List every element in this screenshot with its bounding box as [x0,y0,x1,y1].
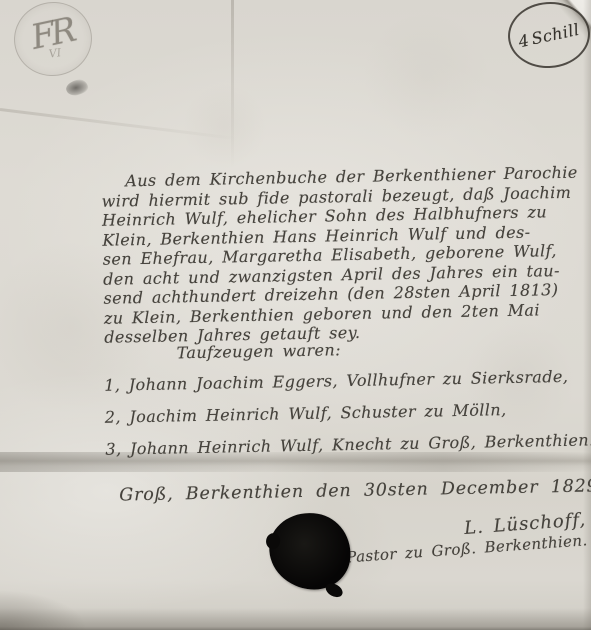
witness-heading: Taufzeugen waren: [176,340,341,362]
document-scan: FR VI 4 Schill Aus dem Kirchenbuche der … [0,0,591,630]
witness-line: 2, Joachim Heinrich Wulf, Schuster zu Mö… [105,400,507,427]
dateline: Groß, Berkenthien den 30sten December 18… [119,476,591,505]
body-text-block: Aus dem Kirchenbuche der Berkenthiener P… [101,163,581,348]
witness-line: 3, Johann Heinrich Wulf, Knecht zu Groß,… [105,430,591,458]
witness-line: 1, Johann Joachim Eggers, Vollhufner zu … [104,367,568,395]
signature-block: L. Lüschoff, Pastor zu Groß. Berkenthien… [344,509,588,566]
